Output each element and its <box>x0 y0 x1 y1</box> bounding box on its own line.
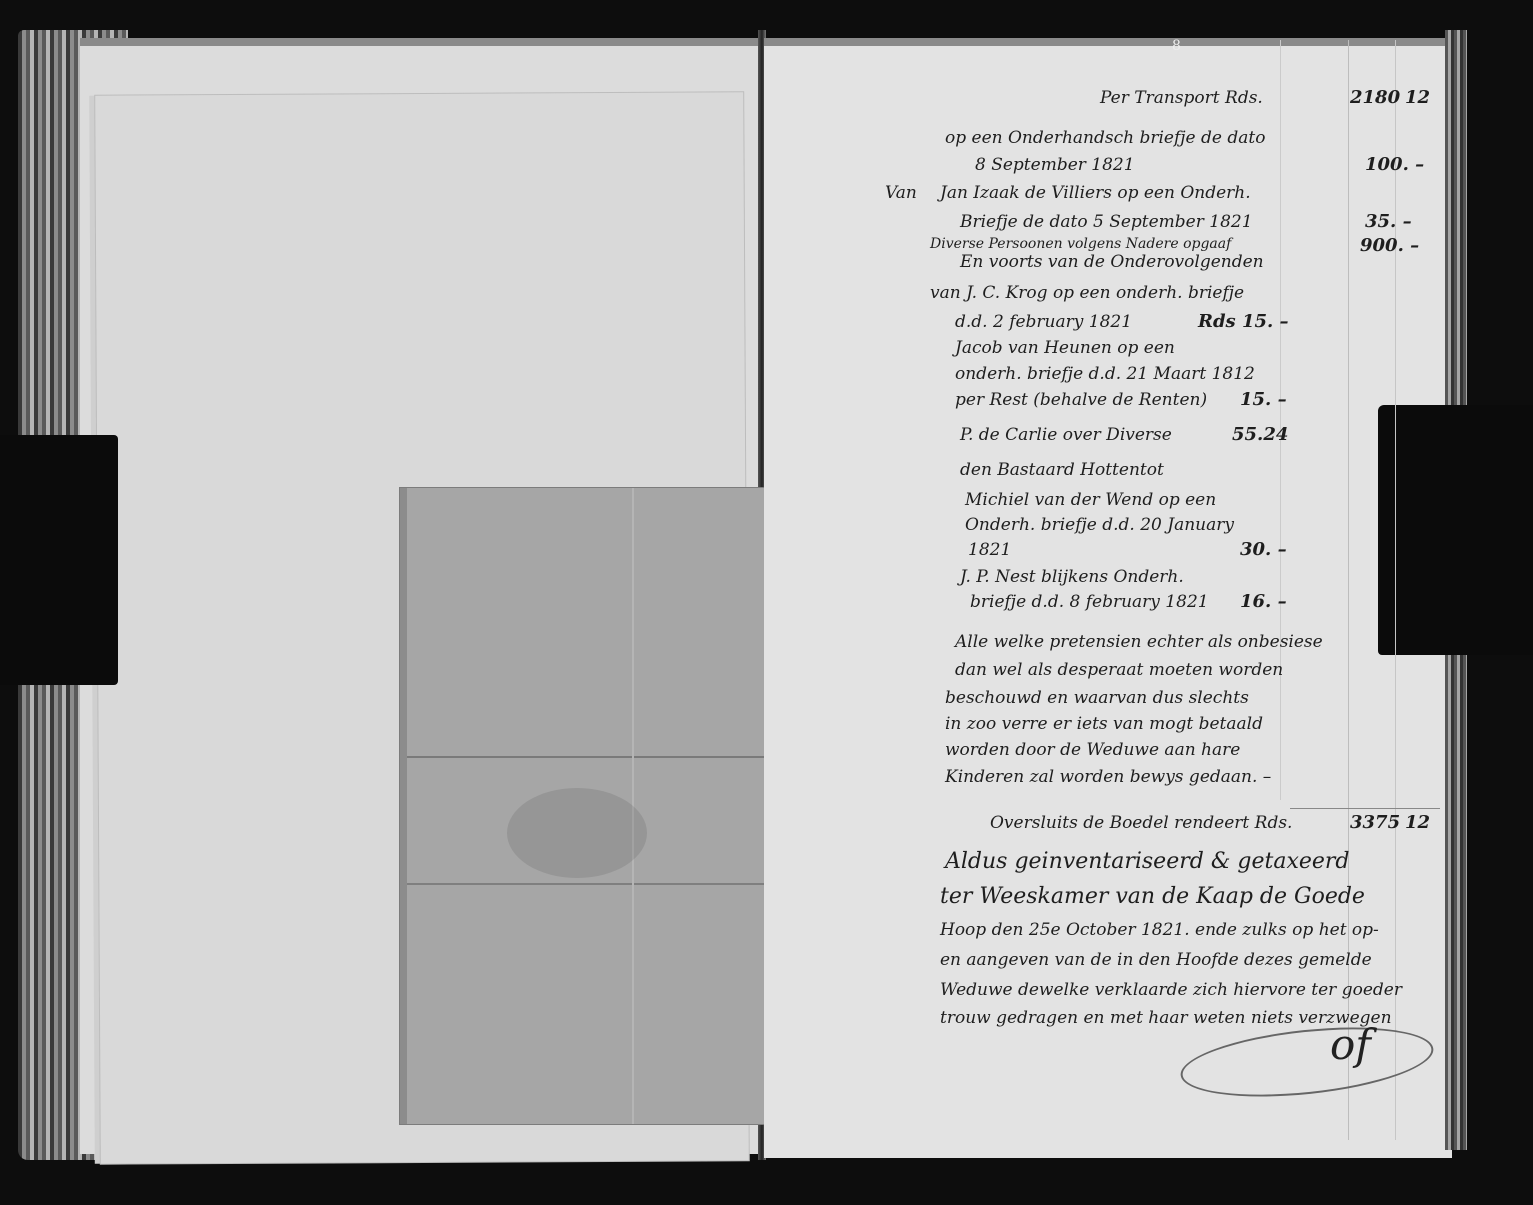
total-amount-sk: 12 <box>1405 813 1430 833</box>
left-black-tab <box>0 435 118 685</box>
transport-label: Per Transport Rds. <box>1100 88 1263 108</box>
entry-line: d.d. 2 february 1821 <box>955 312 1132 332</box>
ledger-rule <box>1395 40 1396 1140</box>
ledger-rule <box>1280 40 1281 800</box>
entry-line: Diverse Persoonen volgens Nadere opgaaf <box>930 234 1231 254</box>
fold-crease <box>407 756 797 758</box>
note-line: in zoo verre er iets van mogt betaald <box>945 714 1263 734</box>
closing-line: Weduwe dewelke verklaarde zich hiervore … <box>940 980 1402 1000</box>
transport-amount-rds: 2180 <box>1350 88 1400 108</box>
entry-line: van J. C. Krog op een onderh. briefje <box>930 283 1244 303</box>
entry-sub-amount: 55.24 <box>1232 425 1288 445</box>
entry-sub-amount: 15. – <box>1240 390 1287 410</box>
note-line: worden door de Weduwe aan hare <box>945 740 1240 760</box>
entry-line: Michiel van der Wend op een <box>965 490 1216 510</box>
entry-amount: 35. – <box>1365 212 1412 232</box>
signature: of <box>1330 1020 1371 1069</box>
entry-line: Briefje de dato 5 September 1821 <box>960 212 1253 232</box>
closing-line: ter Weeskamer van de Kaap de Goede <box>940 883 1365 911</box>
entry-sub-amount: Rds 15. – <box>1198 312 1289 332</box>
total-label: Oversluits de Boedel rendeert Rds. <box>990 813 1292 833</box>
total-amount-rds: 3375 <box>1350 813 1400 833</box>
fold-crease <box>407 883 797 885</box>
entry-line: Onderh. briefje d.d. 20 January <box>965 515 1234 535</box>
total-rule <box>1290 808 1440 809</box>
entry-line: En voorts van de Onderovolgenden <box>960 252 1264 272</box>
closing-line: en aangeven van de in den Hoofde dezes g… <box>940 950 1372 970</box>
ledger-rule <box>1348 40 1349 1140</box>
note-line: dan wel als desperaat moeten worden <box>955 660 1283 680</box>
entry-amount: 900. – <box>1360 236 1419 256</box>
closing-line: Aldus geinventariseerd & getaxeerd <box>945 848 1350 876</box>
transport-amount-sk: 12 <box>1405 88 1430 108</box>
entry-line: onderh. briefje d.d. 21 Maart 1812 <box>955 364 1255 384</box>
entry-line: J. P. Nest blijkens Onderh. <box>960 567 1184 587</box>
right-black-tab <box>1378 405 1533 655</box>
folded-note <box>400 488 797 1124</box>
page-marker: 8 <box>1172 38 1181 54</box>
ink-stain <box>507 788 647 878</box>
open-ledger-book: Per Transport 8 Per Transport Rds. 2180 … <box>0 0 1533 1205</box>
entry-prefix: Van <box>885 183 917 203</box>
entry-line: Jacob van Heunen op een <box>955 338 1175 358</box>
entry-line: 1821 <box>968 540 1011 560</box>
entry-line: den Bastaard Hottentot <box>960 460 1164 480</box>
entry-amount: 100. – <box>1365 155 1424 175</box>
note-line: Alle welke pretensien echter als onbesie… <box>955 632 1323 652</box>
entry-line: Jan Izaak de Villiers op een Onderh. <box>940 183 1251 203</box>
closing-line: trouw gedragen en met haar weten niets v… <box>940 1008 1392 1028</box>
closing-line: Hoop den 25e October 1821. ende zulks op… <box>940 920 1379 940</box>
entry-line: P. de Carlie over Diverse <box>960 425 1172 445</box>
entry-line: per Rest (behalve de Renten) <box>955 390 1207 410</box>
entry-line: op een Onderhandsch briefje de dato <box>945 128 1265 148</box>
entry-sub-amount: 16. – <box>1240 592 1287 612</box>
entry-line: 8 September 1821 <box>975 155 1135 175</box>
note-line: beschouwd en waarvan dus slechts <box>945 688 1249 708</box>
entry-sub-amount: 30. – <box>1240 540 1287 560</box>
entry-line: briefje d.d. 8 february 1821 <box>970 592 1209 612</box>
note-line: Kinderen zal worden bewys gedaan. – <box>945 767 1271 787</box>
